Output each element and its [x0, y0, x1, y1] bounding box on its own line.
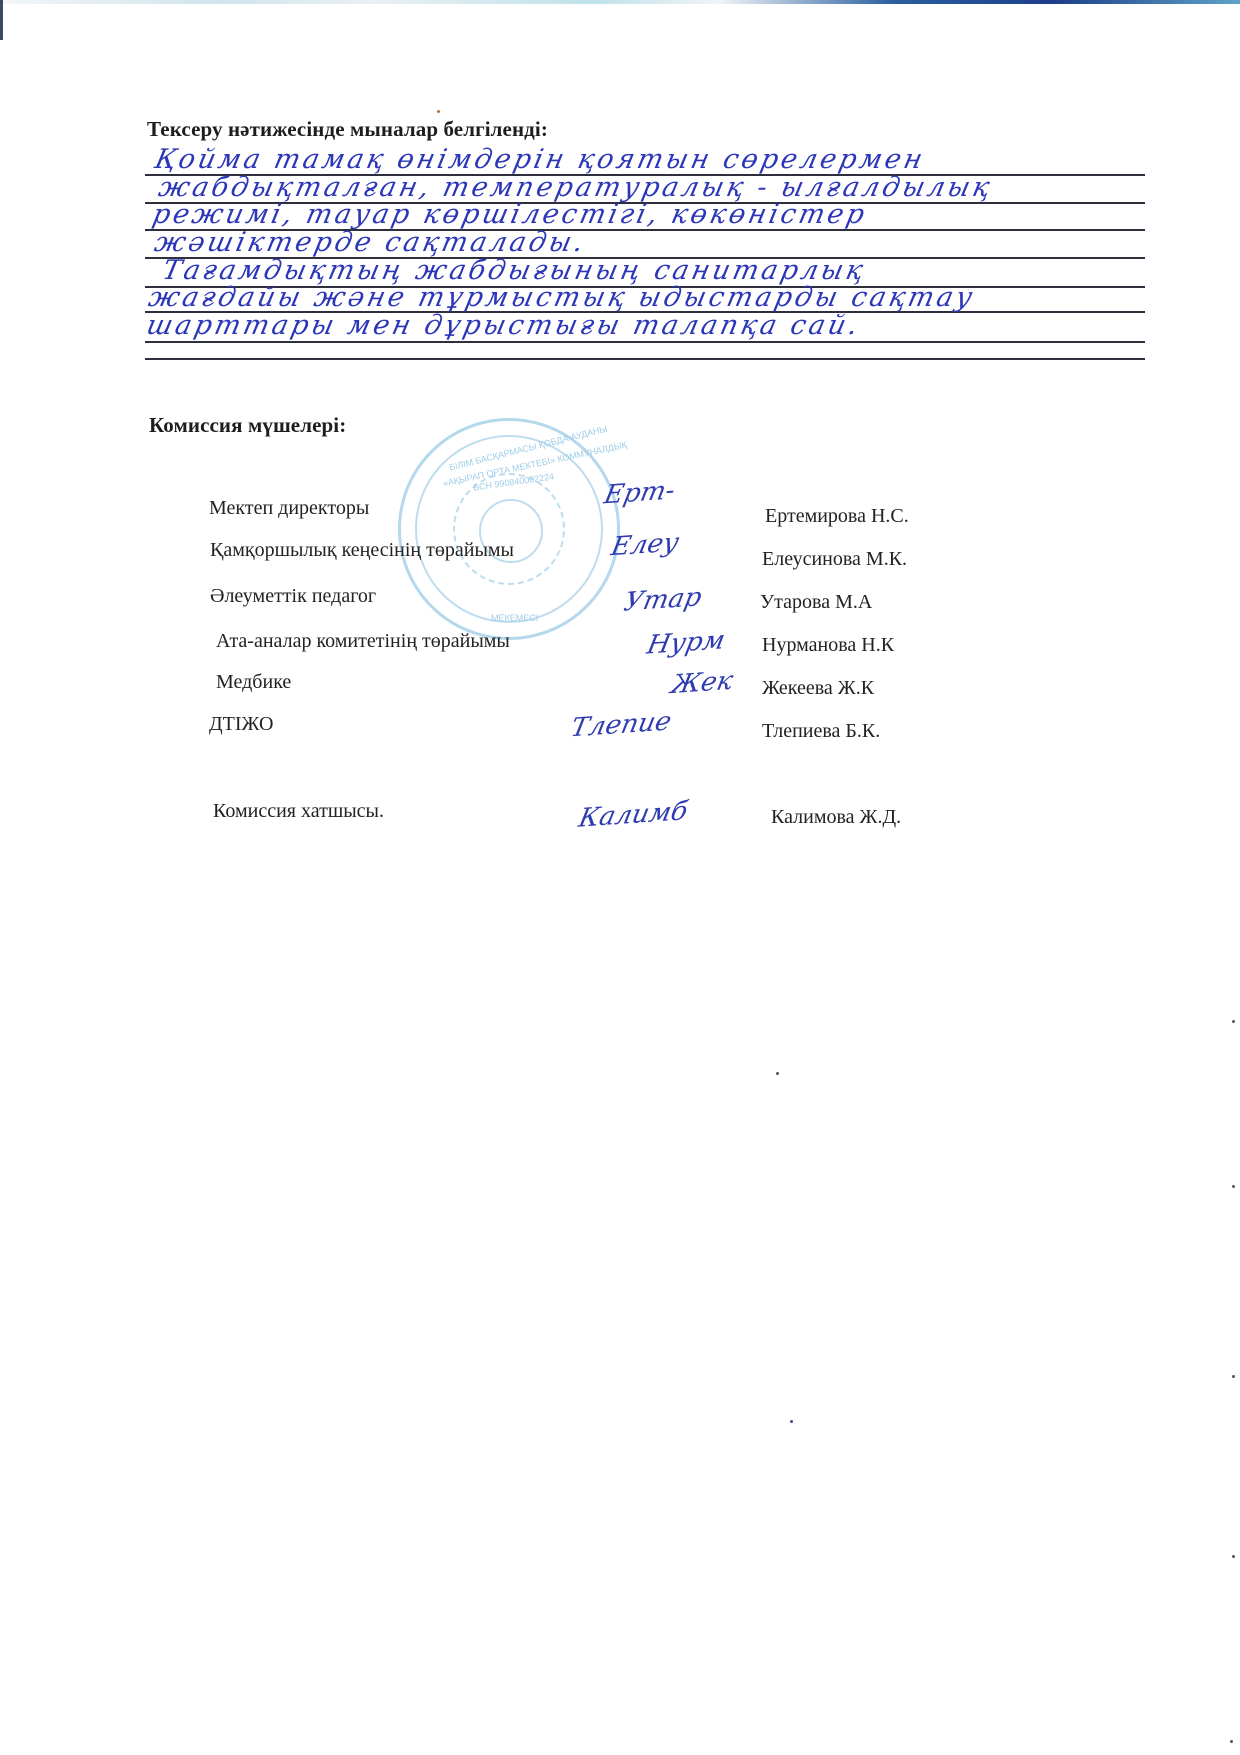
official-stamp: БІЛІМ БАСҚАРМАСЫ ҚОБДА АУДАНЫ «АҚЫРАП ОР… — [398, 418, 620, 640]
members-heading: Комиссия мүшелері: — [149, 413, 346, 438]
findings-heading: Тексеру нәтижесінде мыналар белгіленді: — [147, 117, 548, 142]
ruled-line — [145, 341, 1145, 343]
scan-top-edge — [0, 0, 1240, 4]
member-signature: Елеу — [609, 528, 682, 563]
member-name: Ертемирова Н.С. — [765, 505, 909, 528]
scan-speck — [776, 1072, 779, 1075]
member-name: Тлепиева Б.К. — [762, 720, 880, 743]
member-signature: Нурм — [644, 625, 727, 660]
handwritten-line-4: жәшіктерде сақталады. — [152, 227, 589, 258]
member-signature: Ерт- — [601, 476, 677, 511]
member-role: Әлеуметтік педагог — [210, 585, 376, 608]
scan-speck — [1232, 1555, 1235, 1558]
handwritten-line-7: шарттары мен дұрыстығы талапқа сай. — [144, 310, 864, 341]
scan-speck — [1232, 1020, 1235, 1023]
secretary-signature: Калимб — [576, 796, 690, 833]
member-role: ДТІЖО — [209, 713, 273, 736]
member-signature: Тлепие — [568, 707, 674, 744]
scan-speck — [1232, 1375, 1235, 1378]
stamp-bottom-text: МЕКЕМЕСІ — [491, 613, 538, 623]
secretary-role: Комиссия хатшысы. — [213, 800, 384, 823]
member-role: Қамқоршылық кеңесінің төрайымы — [210, 539, 514, 562]
scan-speck — [1232, 1185, 1235, 1188]
findings-section: Қойма тамақ өнімдерін қоятын сөрелермен … — [145, 142, 1145, 372]
member-name: Нурманова Н.К — [762, 634, 894, 657]
ruled-line — [145, 358, 1145, 360]
scan-speck — [1230, 1740, 1233, 1743]
member-name: Утарова М.А — [760, 591, 872, 614]
member-role: Мектеп директоры — [209, 497, 369, 520]
scan-speck — [437, 110, 440, 113]
member-role: Медбике — [216, 671, 291, 694]
secretary-name: Калимова Ж.Д. — [771, 806, 901, 829]
handwritten-line-1: Қойма тамақ өнімдерін қоятын сөрелермен — [152, 144, 928, 175]
member-name: Елеусинова М.К. — [762, 548, 907, 571]
member-name: Жекеева Ж.К — [762, 677, 874, 700]
member-signature: Жек — [669, 666, 736, 700]
handwritten-line-3: режимі, тауар көршілестігі, көкөністер — [150, 199, 870, 230]
handwritten-line-6: жағдайы және тұрмыстық ыдыстарды сақтау — [146, 282, 978, 313]
member-role: Ата-аналар комитетінің төрайымы — [216, 630, 510, 653]
scan-speck — [790, 1420, 793, 1423]
member-signature: Утар — [621, 582, 704, 617]
scan-left-edge — [0, 0, 3, 40]
